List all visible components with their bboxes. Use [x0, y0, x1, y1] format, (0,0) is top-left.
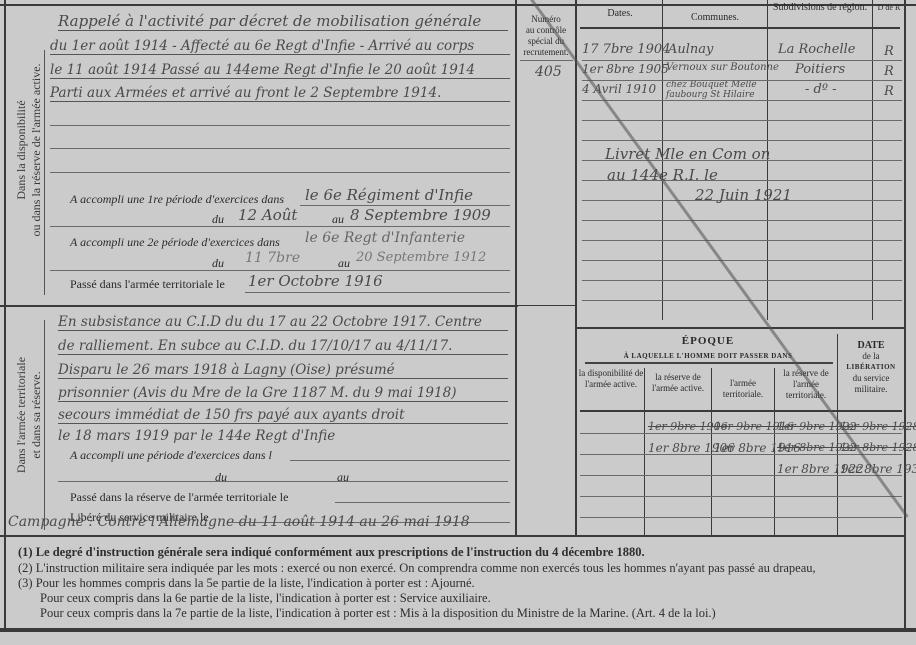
territorial-label: Passé dans l'armée territoriale le	[70, 277, 225, 292]
hw-line: Parti aux Armées et arrivé au front le 2…	[50, 85, 510, 102]
epoque-title: ÉPOQUE	[578, 336, 838, 347]
row-mark: R	[884, 84, 894, 99]
footnote-2: (2) L'instruction militaire sera indiqué…	[18, 561, 816, 576]
hw-line: Disparu le 26 mars 1918 à Lagny (Oise) p…	[58, 362, 508, 379]
footnote-1: (1) Le degré d'instruction générale sera…	[18, 545, 645, 560]
epoque-col-header: la disponibilité de l'armée active.	[578, 368, 644, 390]
header-subdivisions: Subdivisions de région.	[768, 2, 872, 13]
hw-line: secours immédiat de 150 frs payé aux aya…	[58, 407, 508, 424]
hw-line: prisonnier (Avis du Mre de la Gre 1187 M…	[58, 385, 508, 402]
header-communes: Communes.	[663, 12, 767, 23]
campaign-line: Campagne : Contre l'Allemagne du 11 août…	[8, 514, 470, 530]
col-divider-1	[515, 0, 517, 535]
epoque-col-header: la réserve de l'armée territoriale.	[776, 368, 836, 401]
row-commune: chez Bouquet Melle faubourg St Hilaire	[666, 80, 766, 100]
period2-from: 11 7bre	[245, 250, 300, 266]
territorial-date: 1er Octobre 1916	[248, 272, 383, 290]
period2-unit: le 6e Regt d'Infanterie	[305, 230, 465, 246]
numero-value: 405	[535, 64, 562, 80]
row-date: 17 7bre 1904	[582, 42, 670, 57]
period2-to: 20 Septembre 1912	[356, 250, 486, 265]
hw-line: du 1er août 1914 - Affecté au 6e Regt d'…	[50, 38, 510, 55]
row-commune: Aulnay	[668, 42, 713, 57]
territorial-section-label: Dans l'armée territoriale et dans sa rés…	[14, 330, 44, 500]
col-divider-2	[575, 0, 577, 535]
footer-divider	[0, 535, 906, 537]
row-subdivision: Poitiers	[795, 62, 845, 77]
reserve-territorial-label: Passé dans la réserve de l'armée territo…	[70, 490, 288, 505]
epoque-subtitle: À LAQUELLE L'HOMME DOIT PASSER DANS	[578, 351, 838, 362]
footnote-3: (3) Pour les hommes compris dans la 5e p…	[18, 576, 475, 591]
livret-note-line1: Livret Mle en Com on	[605, 145, 770, 163]
brace-territorial	[44, 320, 45, 530]
row-subdivision: La Rochelle	[778, 42, 856, 57]
military-register-page: Dans la disponibilité ou dans la réserve…	[0, 0, 916, 645]
period1-label: A accompli une 1re période d'exercices d…	[70, 192, 284, 207]
hw-line: le 18 mars 1919 par le 144e Regt d'Infie	[58, 428, 335, 444]
brace-active	[44, 50, 45, 295]
hw-line: le 11 août 1914 Passé au 144eme Regt d'I…	[50, 62, 510, 79]
hw-line: Rappelé à l'activité par décret de mobil…	[58, 12, 508, 31]
footnote-4: Pour ceux compris dans la 6e partie de l…	[40, 591, 491, 606]
epoque-col-header: la réserve de l'armée active.	[646, 372, 710, 394]
header-dates: Dates.	[578, 8, 662, 19]
livret-note-line3: 22 Juin 1921	[695, 186, 792, 204]
header-last: D de R	[874, 2, 904, 13]
left-border	[4, 0, 6, 630]
active-section-label: Dans la disponibilité ou dans la réserve…	[14, 50, 44, 250]
liberation-header: DATE de la LIBÉRATION du service militai…	[839, 340, 903, 395]
period2-label: A accompli une 2e période d'exercices da…	[70, 235, 280, 250]
section-divider	[0, 305, 518, 307]
epoque-col-header: l'armée territoriale.	[713, 378, 773, 400]
row-date: 1er 8bre 1905	[582, 62, 669, 76]
period1-from: 12 Août	[238, 206, 297, 224]
row-mark: R	[884, 44, 894, 59]
hw-line: En subsistance au C.I.D du du 17 au 22 O…	[58, 314, 508, 331]
row-subdivision: - dº -	[805, 82, 836, 97]
hw-line: de ralliement. En subce au C.I.D. du 17/…	[58, 338, 508, 355]
footnote-5: Pour ceux compris dans la 7e partie de l…	[40, 606, 716, 621]
period-territorial-label: A accompli une période d'exercices dans …	[70, 448, 272, 463]
row-commune: Vernoux sur Boutonne	[666, 62, 779, 73]
row-mark: R	[884, 64, 894, 79]
period1-unit: le 6e Régiment d'Infie	[305, 186, 473, 204]
liberation-value: 1er 9bre 1928	[840, 420, 916, 433]
right-border	[904, 0, 906, 632]
bottom-border	[0, 628, 916, 632]
period1-to: 8 Septembre 1909	[350, 206, 491, 224]
